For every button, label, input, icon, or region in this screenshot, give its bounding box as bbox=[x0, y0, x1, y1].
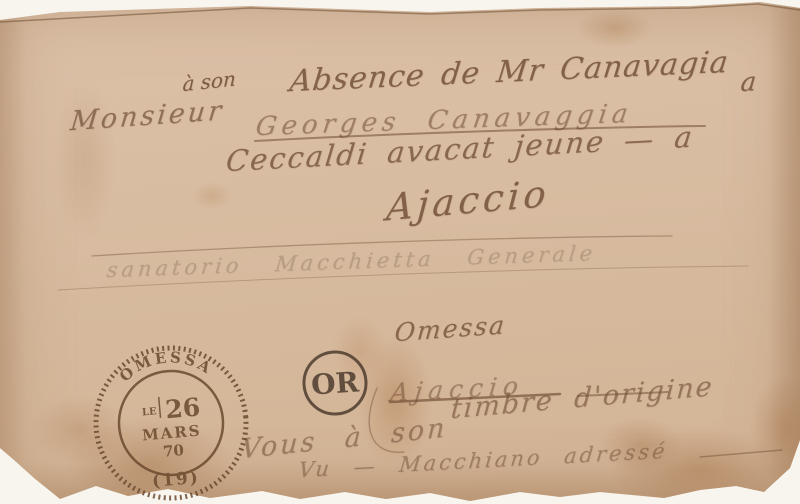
envelope-scan: à son Absence de Mr Canavagia a Monsieur… bbox=[0, 0, 800, 504]
handwriting-absence-suffix: a bbox=[739, 67, 757, 98]
